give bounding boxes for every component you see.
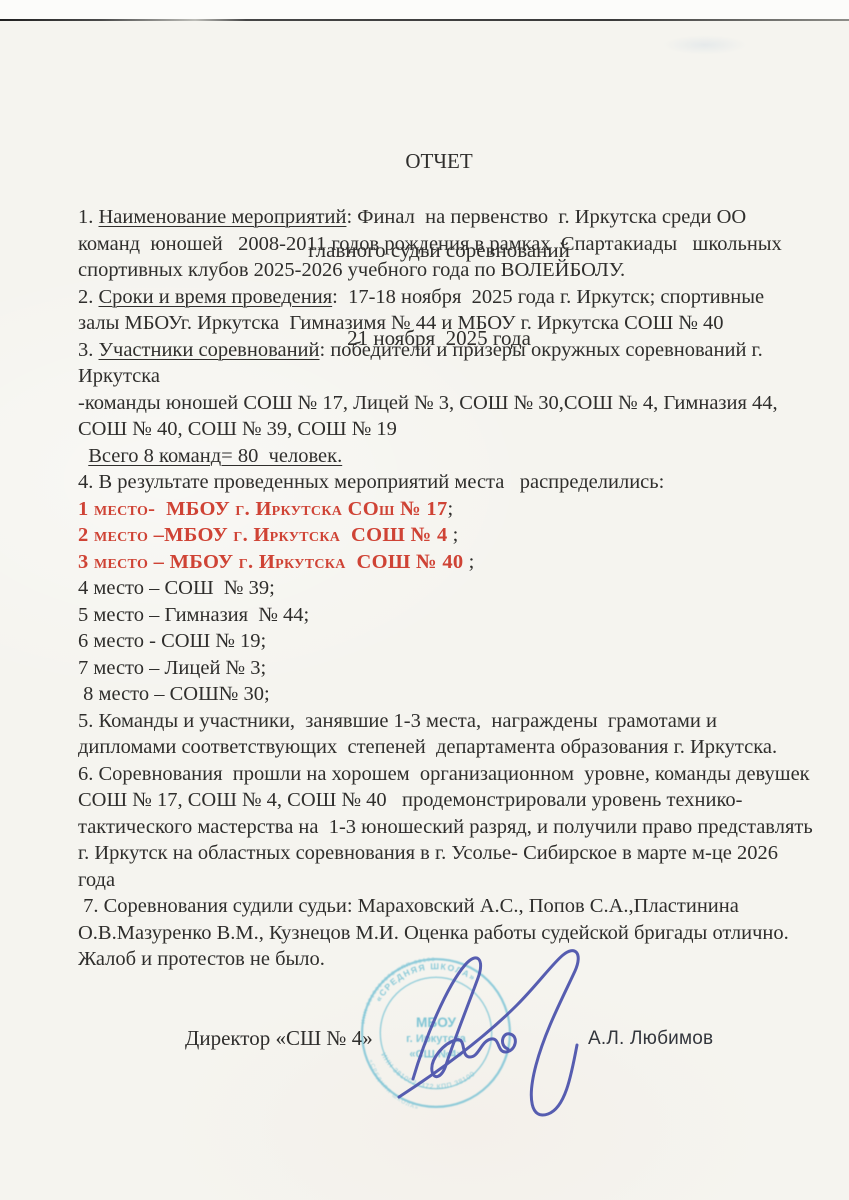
item4-line1: 4. В результате проведенных мероприятий … <box>78 469 828 496</box>
place-3-text: 3 место – МБОУ г. Иркутска СОШ № 40 <box>78 551 463 573</box>
item2-line2: залы МБОУг. Иркутска Гимназимя № 44 и МБ… <box>78 310 828 337</box>
item1-line2: команд юношей 2008-2011 годов рождения в… <box>78 231 828 258</box>
signature-stroke-left <box>413 958 515 1079</box>
place-3-punct: ; <box>463 551 474 573</box>
item6-line5: года <box>78 867 828 894</box>
item6-line2: СОШ № 17, СОШ № 4, СОШ № 40 продемонстри… <box>78 787 828 814</box>
place-3-line: 3 место – МБОУ г. Иркутска СОШ № 40 ; <box>78 549 828 576</box>
handwritten-signature <box>385 935 620 1135</box>
scan-edge-strip <box>0 0 849 19</box>
place-5-line: 5 место – Гимназия № 44; <box>78 602 828 629</box>
signature-stroke-flourish <box>399 951 578 1115</box>
item3-line1: 3. Участники соревнований: победители и … <box>78 337 828 364</box>
scan-artifact-line <box>0 19 849 21</box>
item2-heading: Сроки и время проведения <box>99 286 333 308</box>
item1-line3: спортивных клубов 2025-2026 учебного год… <box>78 257 828 284</box>
item3-heading: Участники соревнований <box>99 339 320 361</box>
teams-total-indent <box>78 445 88 467</box>
item6-line3: тактического мастерства на 1-3 юношеский… <box>78 814 828 841</box>
item1-heading: Наименование мероприятий <box>99 206 347 228</box>
place-1-line: 1 место- МБОУ г. Иркутска СОш № 17; <box>78 496 828 523</box>
director-label: Директор «СШ № 4» <box>185 1026 373 1051</box>
place-7-line: 7 место – Лицей № 3; <box>78 655 828 682</box>
item1-text: : Финал на первенство г. Иркутска среди … <box>346 206 746 228</box>
scanned-report-page: ОТЧЕТ главного судьи соревнований 21 ноя… <box>0 0 849 1200</box>
teams-total-line: Всего 8 команд= 80 человек. <box>78 443 828 470</box>
place-4-line: 4 место – СОШ № 39; <box>78 575 828 602</box>
item5-line2: дипломами соответствующих степеней депар… <box>78 734 828 761</box>
item2-text: : 17-18 ноября 2025 года г. Иркутск; спо… <box>332 286 764 308</box>
item6-line1: 6. Соревнования прошли на хорошем органи… <box>78 761 828 788</box>
place-8-line: 8 место – СОШ№ 30; <box>78 681 828 708</box>
teams-list-line2: СОШ № 40, СОШ № 39, СОШ № 19 <box>78 416 828 443</box>
item7-line1: 7. Соревнования судили судьи: Мараховски… <box>78 893 828 920</box>
place-2-text: 2 место –МБОУ г. Иркутска СОШ № 4 <box>78 524 448 546</box>
place-1-text: 1 место- МБОУ г. Иркутска СОш № 17 <box>78 498 448 520</box>
item5-line1: 5. Команды и участники, занявшие 1-3 мес… <box>78 708 828 735</box>
item3-text: : победители и призеры окружных соревнов… <box>320 339 763 361</box>
item1-number: 1. <box>78 206 99 228</box>
document-title: ОТЧЕТ <box>60 147 818 177</box>
teams-total-text: Всего 8 команд= 80 человек. <box>88 445 342 467</box>
place-6-line: 6 место - СОШ № 19; <box>78 628 828 655</box>
place-1-punct: ; <box>448 498 454 520</box>
teams-list-line1: -команды юношей СОШ № 17, Лицей № 3, СОШ… <box>78 390 828 417</box>
item3-line2: Иркутска <box>78 363 828 390</box>
item3-number: 3. <box>78 339 99 361</box>
item1-line1: 1. Наименование мероприятий: Финал на пе… <box>78 204 828 231</box>
item2-line1: 2. Сроки и время проведения: 17-18 ноябр… <box>78 284 828 311</box>
item6-line4: г. Иркутск на областных соревнования в г… <box>78 840 828 867</box>
place-2-line: 2 место –МБОУ г. Иркутска СОШ № 4 ; <box>78 522 828 549</box>
place-2-punct: ; <box>448 524 459 546</box>
document-body: 1. Наименование мероприятий: Финал на пе… <box>78 204 828 973</box>
item2-number: 2. <box>78 286 99 308</box>
